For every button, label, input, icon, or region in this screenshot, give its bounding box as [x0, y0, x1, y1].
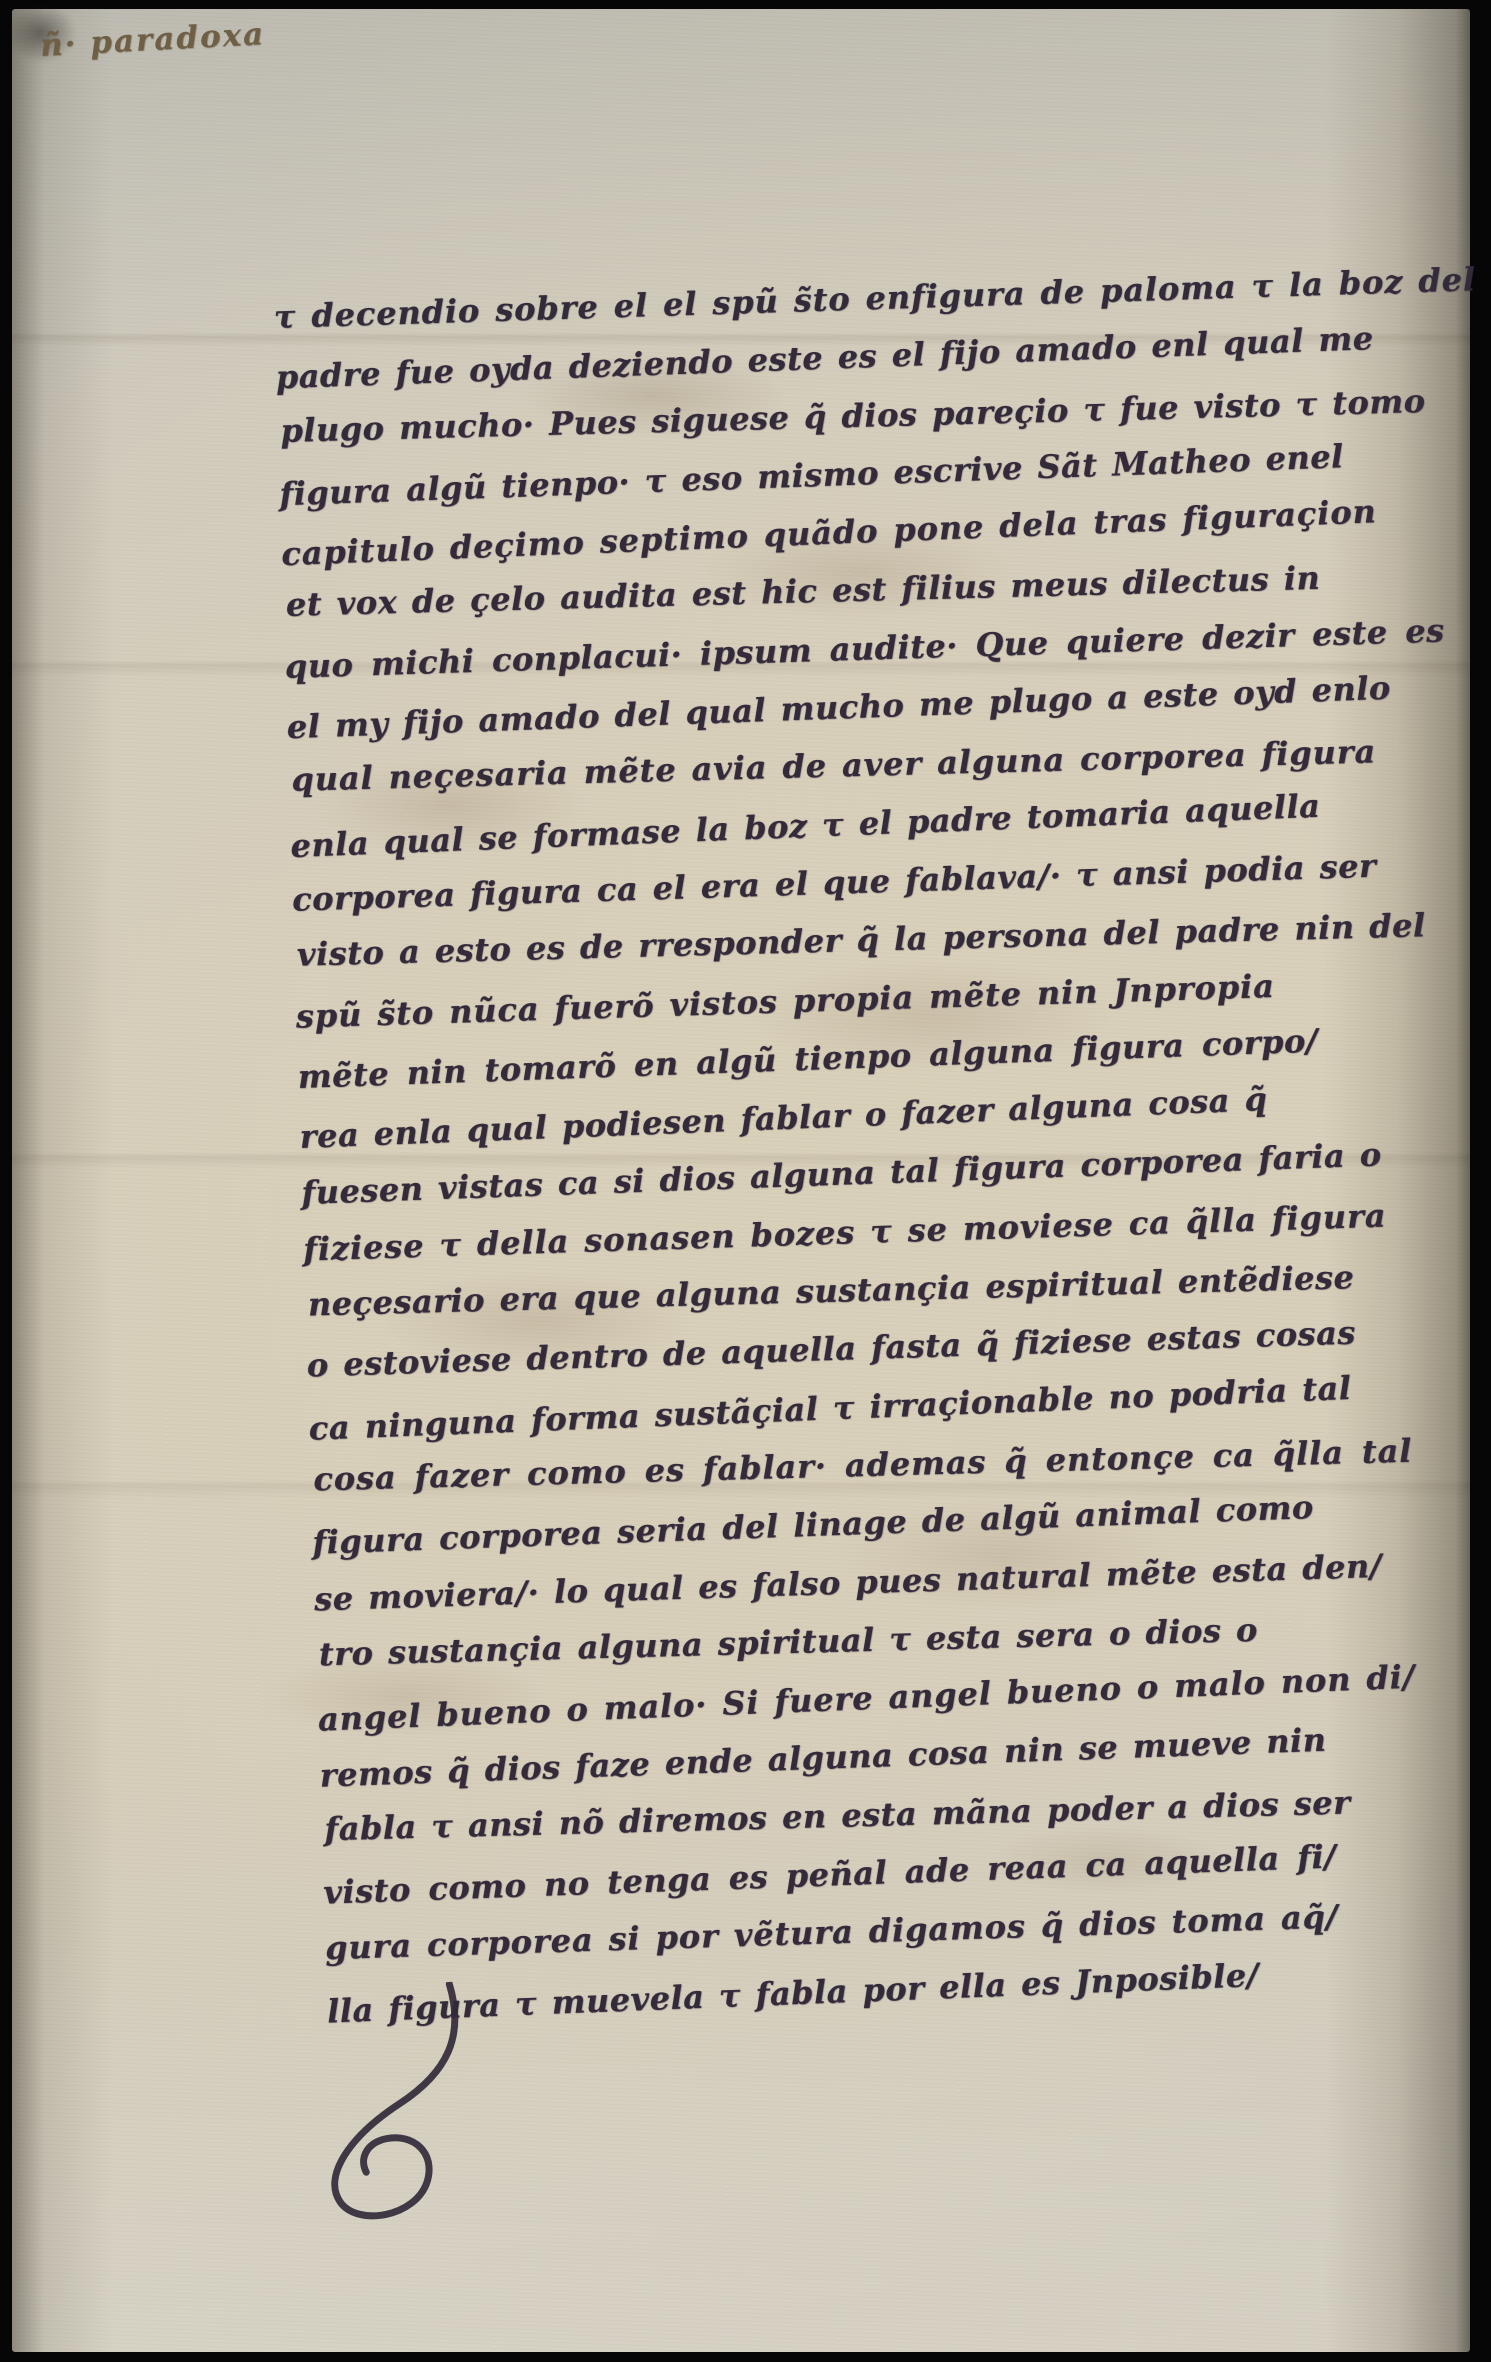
pen-flourish-icon — [292, 1978, 529, 2243]
manuscript-text-block: τ decendio sobre el el spũ s̃to enfigura… — [273, 253, 1437, 2036]
